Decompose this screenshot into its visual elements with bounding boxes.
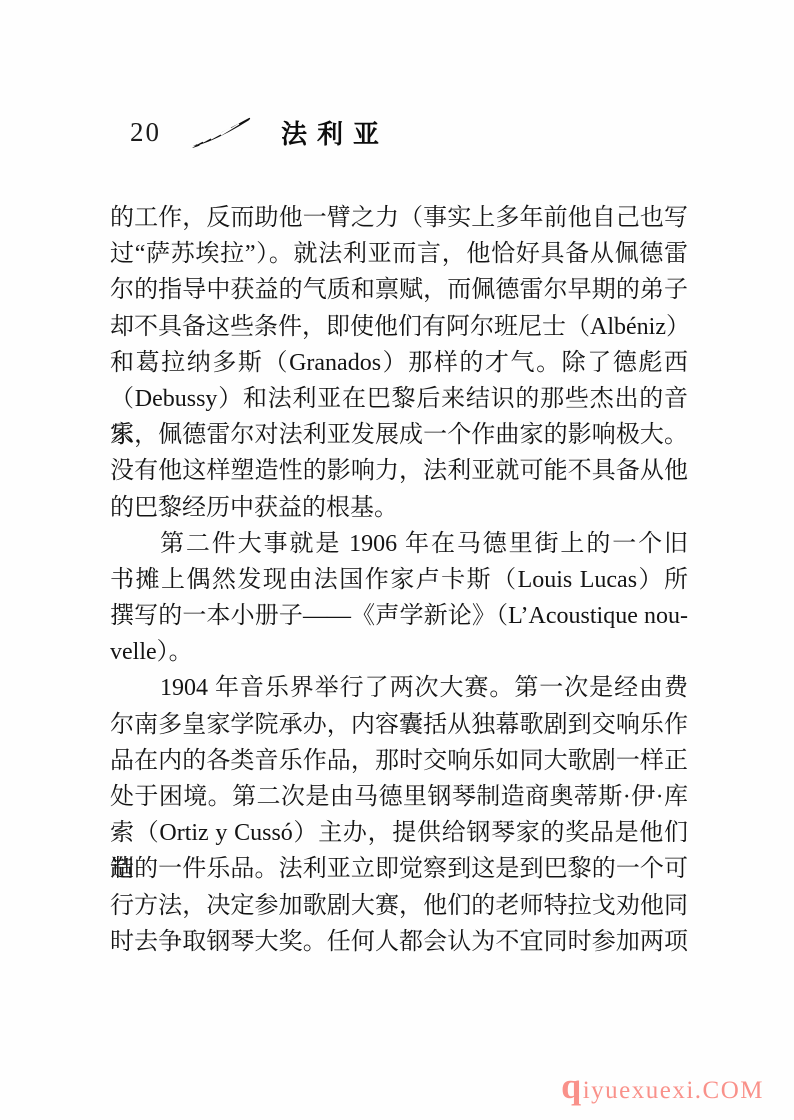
- text-line: 撰写的一本小册子——《声学新论》（L’Acoustique nou-: [110, 598, 688, 634]
- text-line: 造的一件乐品。法利亚立即觉察到这是到巴黎的一个可: [110, 851, 688, 887]
- text-line: 处于困境。第二次是由马德里钢琴制造商奥蒂斯·伊·库: [110, 779, 688, 815]
- feather-icon: [191, 115, 253, 149]
- scanned-book-page: 20 法利亚 的工作，反而助他一臂之力（事实上多年前他自己也写过“萨苏埃拉”）。…: [0, 0, 794, 1120]
- text-line: 家，佩德雷尔对法利亚发展成一个作曲家的影响极大。: [110, 417, 688, 453]
- text-line: velle）。: [110, 634, 688, 670]
- text-line: 尔的指导中获益的气质和禀赋，而佩德雷尔早期的弟子: [110, 272, 688, 308]
- book-title: 法利亚: [281, 114, 389, 151]
- text-line: 品在内的各类音乐作品，那时交响乐如同大歌剧一样正: [110, 743, 688, 779]
- watermark: qiyuexuexi.COM: [561, 1069, 764, 1108]
- text-line: 索（Ortiz y Cussó）主办，提供给钢琴家的奖品是他们制: [110, 815, 688, 851]
- text-line: 过“萨苏埃拉”）。就法利亚而言，他恰好具备从佩德雷: [110, 236, 688, 272]
- text-line: 时去争取钢琴大奖。任何人都会认为不宜同时参加两项: [110, 924, 688, 960]
- text-line: 的巴黎经历中获益的根基。: [110, 490, 688, 526]
- text-line: 的工作，反而助他一臂之力（事实上多年前他自己也写: [110, 200, 688, 236]
- text-line: 和葛拉纳多斯（Granados）那样的才气。除了德彪西: [110, 345, 688, 381]
- text-line: 没有他这样塑造性的影响力，法利亚就可能不具备从他: [110, 453, 688, 489]
- page-header: 20 法利亚: [130, 112, 389, 152]
- text-line: 书摊上偶然发现由法国作家卢卡斯（Louis Lucas）所: [110, 562, 688, 598]
- text-line: 1904 年音乐界举行了两次大赛。第一次是经由费: [110, 670, 688, 706]
- text-line: 行方法，决定参加歌剧大赛，他们的老师特拉戈劝他同: [110, 888, 688, 924]
- text-line: 却不具备这些条件，即使他们有阿尔班尼士（Albéniz）: [110, 309, 688, 345]
- page-number: 20: [130, 117, 161, 148]
- text-line: 第二件大事就是 1906 年在马德里街上的一个旧: [110, 526, 688, 562]
- text-line: （Debussy）和法利亚在巴黎后来结识的那些杰出的音乐: [110, 381, 688, 417]
- text-line: 尔南多皇家学院承办，内容囊括从独幕歌剧到交响乐作: [110, 707, 688, 743]
- body-text: 的工作，反而助他一臂之力（事实上多年前他自己也写过“萨苏埃拉”）。就法利亚而言，…: [110, 200, 688, 960]
